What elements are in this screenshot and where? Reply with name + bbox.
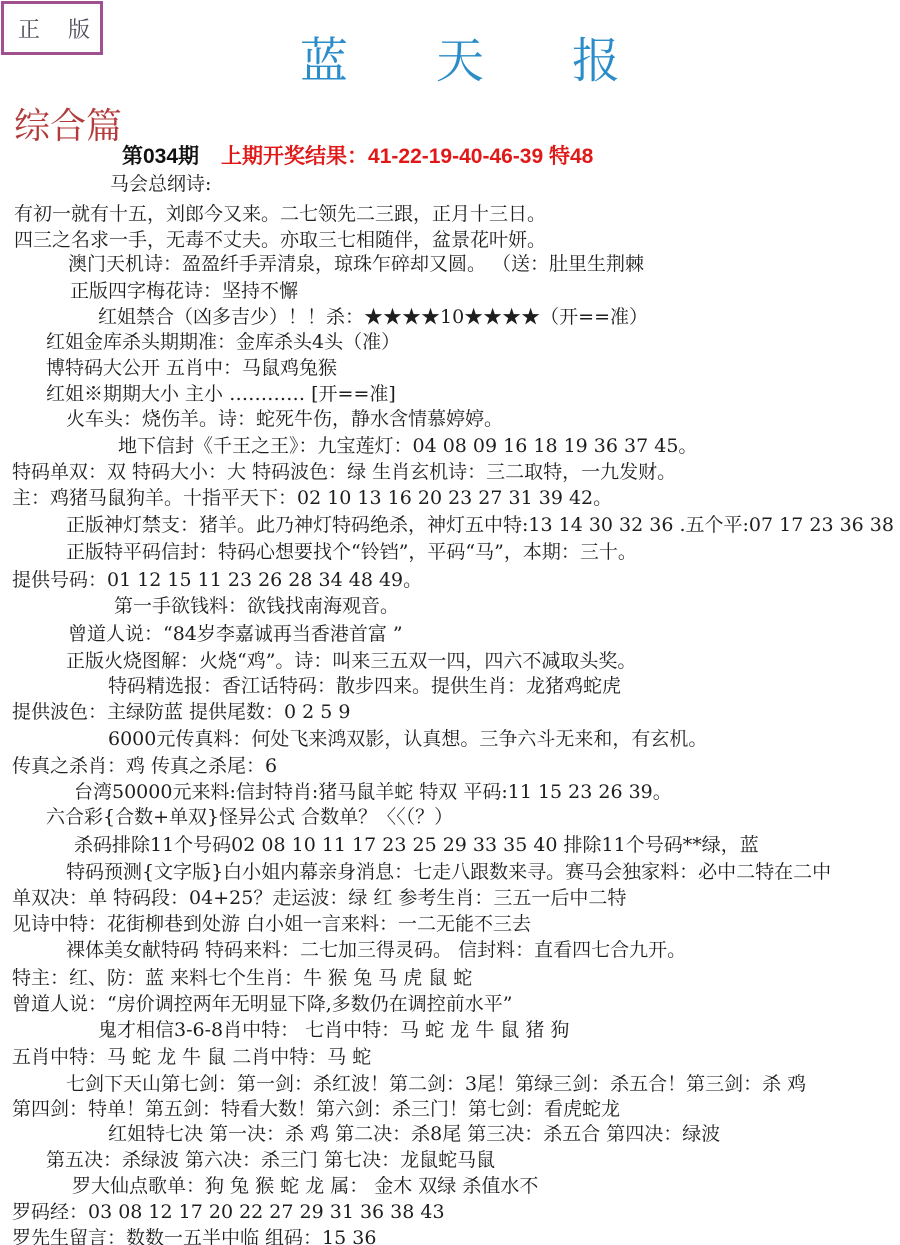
- content-line: 正版四字梅花诗：坚持不懈: [70, 279, 298, 303]
- content-line: 地下信封《千王之王》：九宝莲灯：04 08 09 16 18 19 36 37 …: [118, 434, 697, 458]
- content-line: 特码单双：双 特码大小：大 特码波色：绿 生肖玄机诗：三二取特，一九发财。: [12, 460, 676, 484]
- content-line: 曾道人说：“84岁李嘉诚再当香港首富 ”: [68, 622, 403, 646]
- content-line: 第四剑：特单！第五剑：特看大数！第六剑：杀三门！第七剑：看虎蛇龙: [12, 1097, 620, 1121]
- content-line: 第五决：杀绿波 第六决：杀三门 第七决：龙鼠蛇马鼠: [46, 1148, 495, 1172]
- section-title: 综合篇: [14, 98, 122, 149]
- content-line: 裸体美女献特码 特码来料：二七加三得灵码。 信封料：直看四七合九开。: [66, 938, 686, 962]
- content-line: 马会总纲诗:: [110, 172, 211, 196]
- content-line: 博特码大公开 五肖中：马鼠鸡兔猴: [46, 356, 337, 380]
- content-line: 红姐特七决 第一决：杀 鸡 第二决：杀8尾 第三决：杀五合 第四决：绿波: [108, 1122, 720, 1146]
- content-line: 第一手欲钱料：欲钱找南海观音。: [114, 594, 399, 618]
- content-line: 鬼才相信3-6-8肖中特： 七肖中特：马 蛇 龙 牛 鼠 猪 狗: [98, 1018, 569, 1042]
- content-line: 澳门天机诗：盈盈纤手弄清泉，琼珠乍碎却又圆。 （送：肚里生荆棘: [68, 252, 644, 276]
- content-line: 见诗中特：花街柳巷到处游 白小姐一言来料：一二无能不三去: [12, 912, 531, 936]
- content-line: 红姐禁合（凶多吉少）！！杀：★★★★10★★★★（开==准）: [98, 305, 648, 329]
- content-line: 四三之名求一手，无毒不丈夫。亦取三七相随伴，盆景花叶妍。: [14, 228, 546, 252]
- content-line: 七剑下天山第七剑：第一剑：杀红波！第二剑：3尾！第绿三剑：杀五合！第三剑：杀 鸡: [66, 1072, 806, 1096]
- content-line: 正版火烧图解：火烧“鸡”。诗：叫来三五双一四，四六不减取头奖。: [66, 649, 636, 673]
- content-line: 主：鸡猪马鼠狗羊。十指平天下：02 10 13 16 20 23 27 31 3…: [12, 486, 612, 510]
- masthead-char-3: 报: [572, 22, 620, 91]
- content-line: 提供号码：01 12 15 11 23 26 28 34 48 49。: [12, 568, 422, 592]
- content-line: 红姐※期期大小 主小 ………… [开==准]: [46, 382, 396, 406]
- content-line: 特主：红、防：蓝 来料七个生肖：牛 猴 兔 马 虎 鼠 蛇: [12, 966, 472, 990]
- issue-header: 第034期 上期开奖结果：41-22-19-40-46-39 特48: [122, 140, 593, 170]
- masthead-char-2: 天: [436, 22, 484, 91]
- content-line: 罗先生留言：数数一五半中临 组码：15 36: [12, 1226, 376, 1245]
- content-line: 六合彩{合数+单双}怪异公式 合数单？〈〈（？）: [46, 805, 453, 829]
- content-line: 杀码排除11个号码02 08 10 11 17 23 25 29 33 35 4…: [74, 833, 759, 857]
- content-line: 有初一就有十五，刘郎今又来。二七领先二三跟，正月十三日。: [14, 202, 546, 226]
- newspaper-masthead: 蓝 天 报: [300, 22, 620, 91]
- content-line: 红姐金库杀头期期准：金库杀头4头（准）: [46, 330, 400, 354]
- issue-number: 第034期: [122, 140, 199, 170]
- content-line: 特码精选报：香江话特码：散步四来。提供生肖：龙猪鸡蛇虎: [108, 674, 621, 698]
- content-line: 台湾50000元来料:信封特肖:猪马鼠羊蛇 特双 平码:11 15 23 26 …: [74, 780, 672, 804]
- content-line: 6000元传真料：何处飞来鸿双影，认真想。三争六斗无来和，有玄机。: [108, 727, 707, 751]
- content-line: 正版特平码信封：特码心想要找个“铃铛”，平码“马”，本期：三十。: [66, 540, 637, 564]
- content-line: 正版神灯禁支：猪羊。此乃神灯特码绝杀，神灯五中特:13 14 30 32 36 …: [66, 513, 894, 537]
- content-line: 罗大仙点歌单：狗 兔 猴 蛇 龙 属： 金木 双绿 杀值水不: [72, 1174, 538, 1198]
- content-line: 曾道人说：“房价调控两年无明显下降,多数仍在调控前水平”: [12, 992, 512, 1016]
- content-line: 火车头：烧伤羊。诗：蛇死牛伤，静水含情慕婷婷。: [66, 407, 503, 431]
- content-line: 五肖中特：马 蛇 龙 牛 鼠 二肖中特：马 蛇: [12, 1045, 371, 1069]
- content-line: 传真之杀肖：鸡 传真之杀尾：6: [12, 754, 277, 778]
- content-line: 特码预测{文字版}白小姐内幕亲身消息：七走八跟数来寻。赛马会独家料：必中二特在二…: [66, 860, 831, 884]
- badge-right-char: 版: [68, 13, 90, 44]
- previous-draw-result: 上期开奖结果：41-22-19-40-46-39 特48: [221, 140, 593, 170]
- masthead-char-1: 蓝: [300, 22, 348, 91]
- content-line: 提供波色：主绿防蓝 提供尾数：0 2 5 9: [12, 700, 351, 724]
- badge-left-char: 正: [18, 13, 40, 44]
- authentic-edition-badge: 正 版: [1, 1, 103, 55]
- content-line: 罗码经：03 08 12 17 20 22 27 29 31 36 38 43: [12, 1200, 445, 1224]
- content-line: 单双决：单 特码段：04+25？走运波：绿 红 参考生肖：三五一后中二特: [12, 886, 626, 910]
